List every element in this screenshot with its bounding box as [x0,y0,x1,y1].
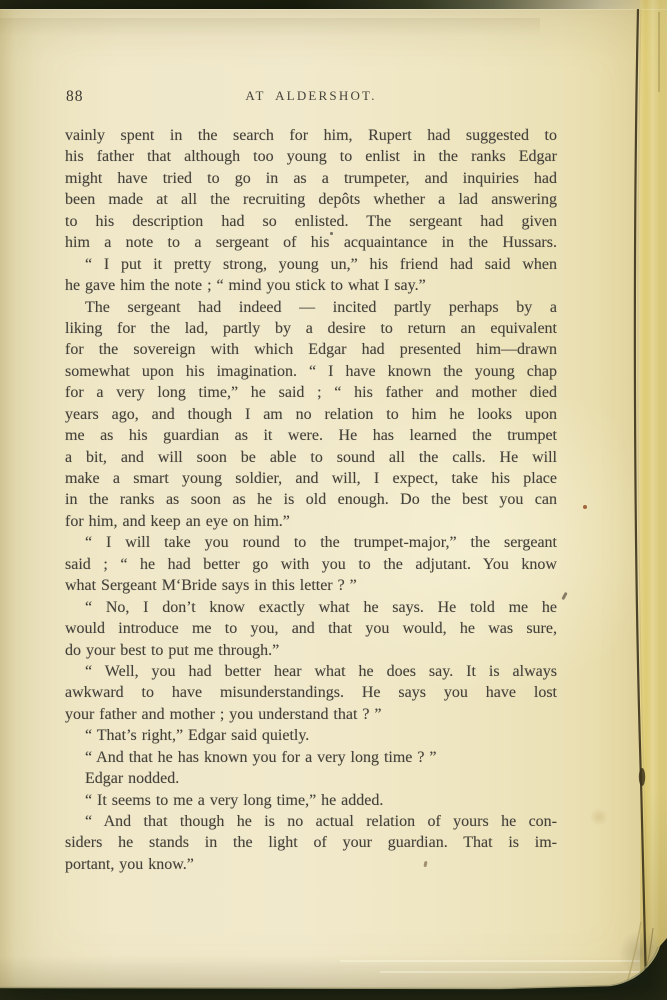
paragraph: “ That’s right,” Edgar said quietly. [65,727,557,748]
text-line: a bit, and will soon be able to sound al… [65,449,557,470]
text-line: to his description had so enlisted. The … [65,213,557,234]
text-line: “ And that though he is no actual relati… [65,813,557,834]
text-line: been made at all the recruiting depôts w… [65,191,557,212]
text-line: make a smart young soldier, and will, I … [65,470,557,491]
paragraph: The sergeant had indeed — incited partly… [65,299,557,535]
text-line: for the sovereign with which Edgar had p… [65,341,557,362]
book-cover-bottom-edge [0,938,667,1000]
paragraph: “ It seems to me a very long time,” he a… [65,792,557,813]
paper-speck [330,232,333,235]
text-line: what Sergeant M‘Bride says in this lette… [65,577,557,598]
running-header: AT ALDERSHOT. [65,88,557,104]
paragraph: “ No, I don’t know exactly what he says.… [65,599,557,663]
paragraph: “ Well, you had better hear what he does… [65,663,557,727]
text-line: years ago, and though I am no relation t… [65,406,557,427]
text-line: said ; “ he had better go with you to th… [65,556,557,577]
paragraph: “ I will take you round to the trumpet-m… [65,534,557,598]
fore-edge-knot [639,768,645,786]
page-header: 88 AT ALDERSHOT. [65,88,557,104]
text-line: do your best to put me through.” [65,642,557,663]
text-line: your father and mother ; you understand … [65,706,557,727]
text-line: portant, you know.” [65,856,557,877]
text-line: would introduce me to you, and that you … [65,620,557,641]
fore-edge-line [635,9,646,986]
text-line: for him, and keep an eye on him.” [65,513,557,534]
text-line: him a note to a sergeant of his acquaint… [65,234,557,255]
text-line: he gave him the note ; “ mind you stick … [65,277,557,298]
text-line: liking for the lad, partly by a desire t… [65,320,557,341]
paragraph: “ And that he has known you for a very l… [65,749,557,770]
paragraph: vainly spent in the search for him, Rupe… [65,127,557,256]
page-number: 88 [66,88,84,106]
text-line: The sergeant had indeed — incited partly… [65,299,557,320]
text-line: “ I will take you round to the trumpet-m… [65,534,557,555]
text-line: vainly spent in the search for him, Rupe… [65,127,557,148]
cover-edge-highlight [0,947,658,989]
paper-speck [583,505,587,509]
book-photo: 88 AT ALDERSHOT. vainly spent in the sea… [0,0,667,1000]
page-content: 88 AT ALDERSHOT. vainly spent in the sea… [65,88,557,877]
text-line: “ No, I don’t know exactly what he says.… [65,599,557,620]
text-line: his father that although too young to en… [65,148,557,169]
page-body: vainly spent in the search for him, Rupe… [65,127,557,877]
text-line: siders he stands in the light of your gu… [65,834,557,855]
text-line: “ Well, you had better hear what he does… [65,663,557,684]
text-line: somewhat upon his imagination. “ I have … [65,363,557,384]
paragraph: Edgar nodded. [65,770,557,791]
text-line: “ I put it pretty strong, young un,” his… [65,256,557,277]
text-line: awkward to have misunderstandings. He sa… [65,684,557,705]
text-line: Edgar nodded. [65,770,557,791]
paragraph: “ And that though he is no actual relati… [65,813,557,877]
text-line: might have tried to go in as a trumpeter… [65,170,557,191]
text-line: for a very long time,” he said ; “ his f… [65,384,557,405]
text-line: “ And that he has known you for a very l… [65,749,557,770]
text-line: in the ranks as soon as he is old enough… [65,491,557,512]
paragraph: “ I put it pretty strong, young un,” his… [65,256,557,299]
text-line: me as his guardian as it were. He has le… [65,427,557,448]
text-line: “ That’s right,” Edgar said quietly. [65,727,557,748]
text-line: “ It seems to me a very long time,” he a… [65,792,557,813]
